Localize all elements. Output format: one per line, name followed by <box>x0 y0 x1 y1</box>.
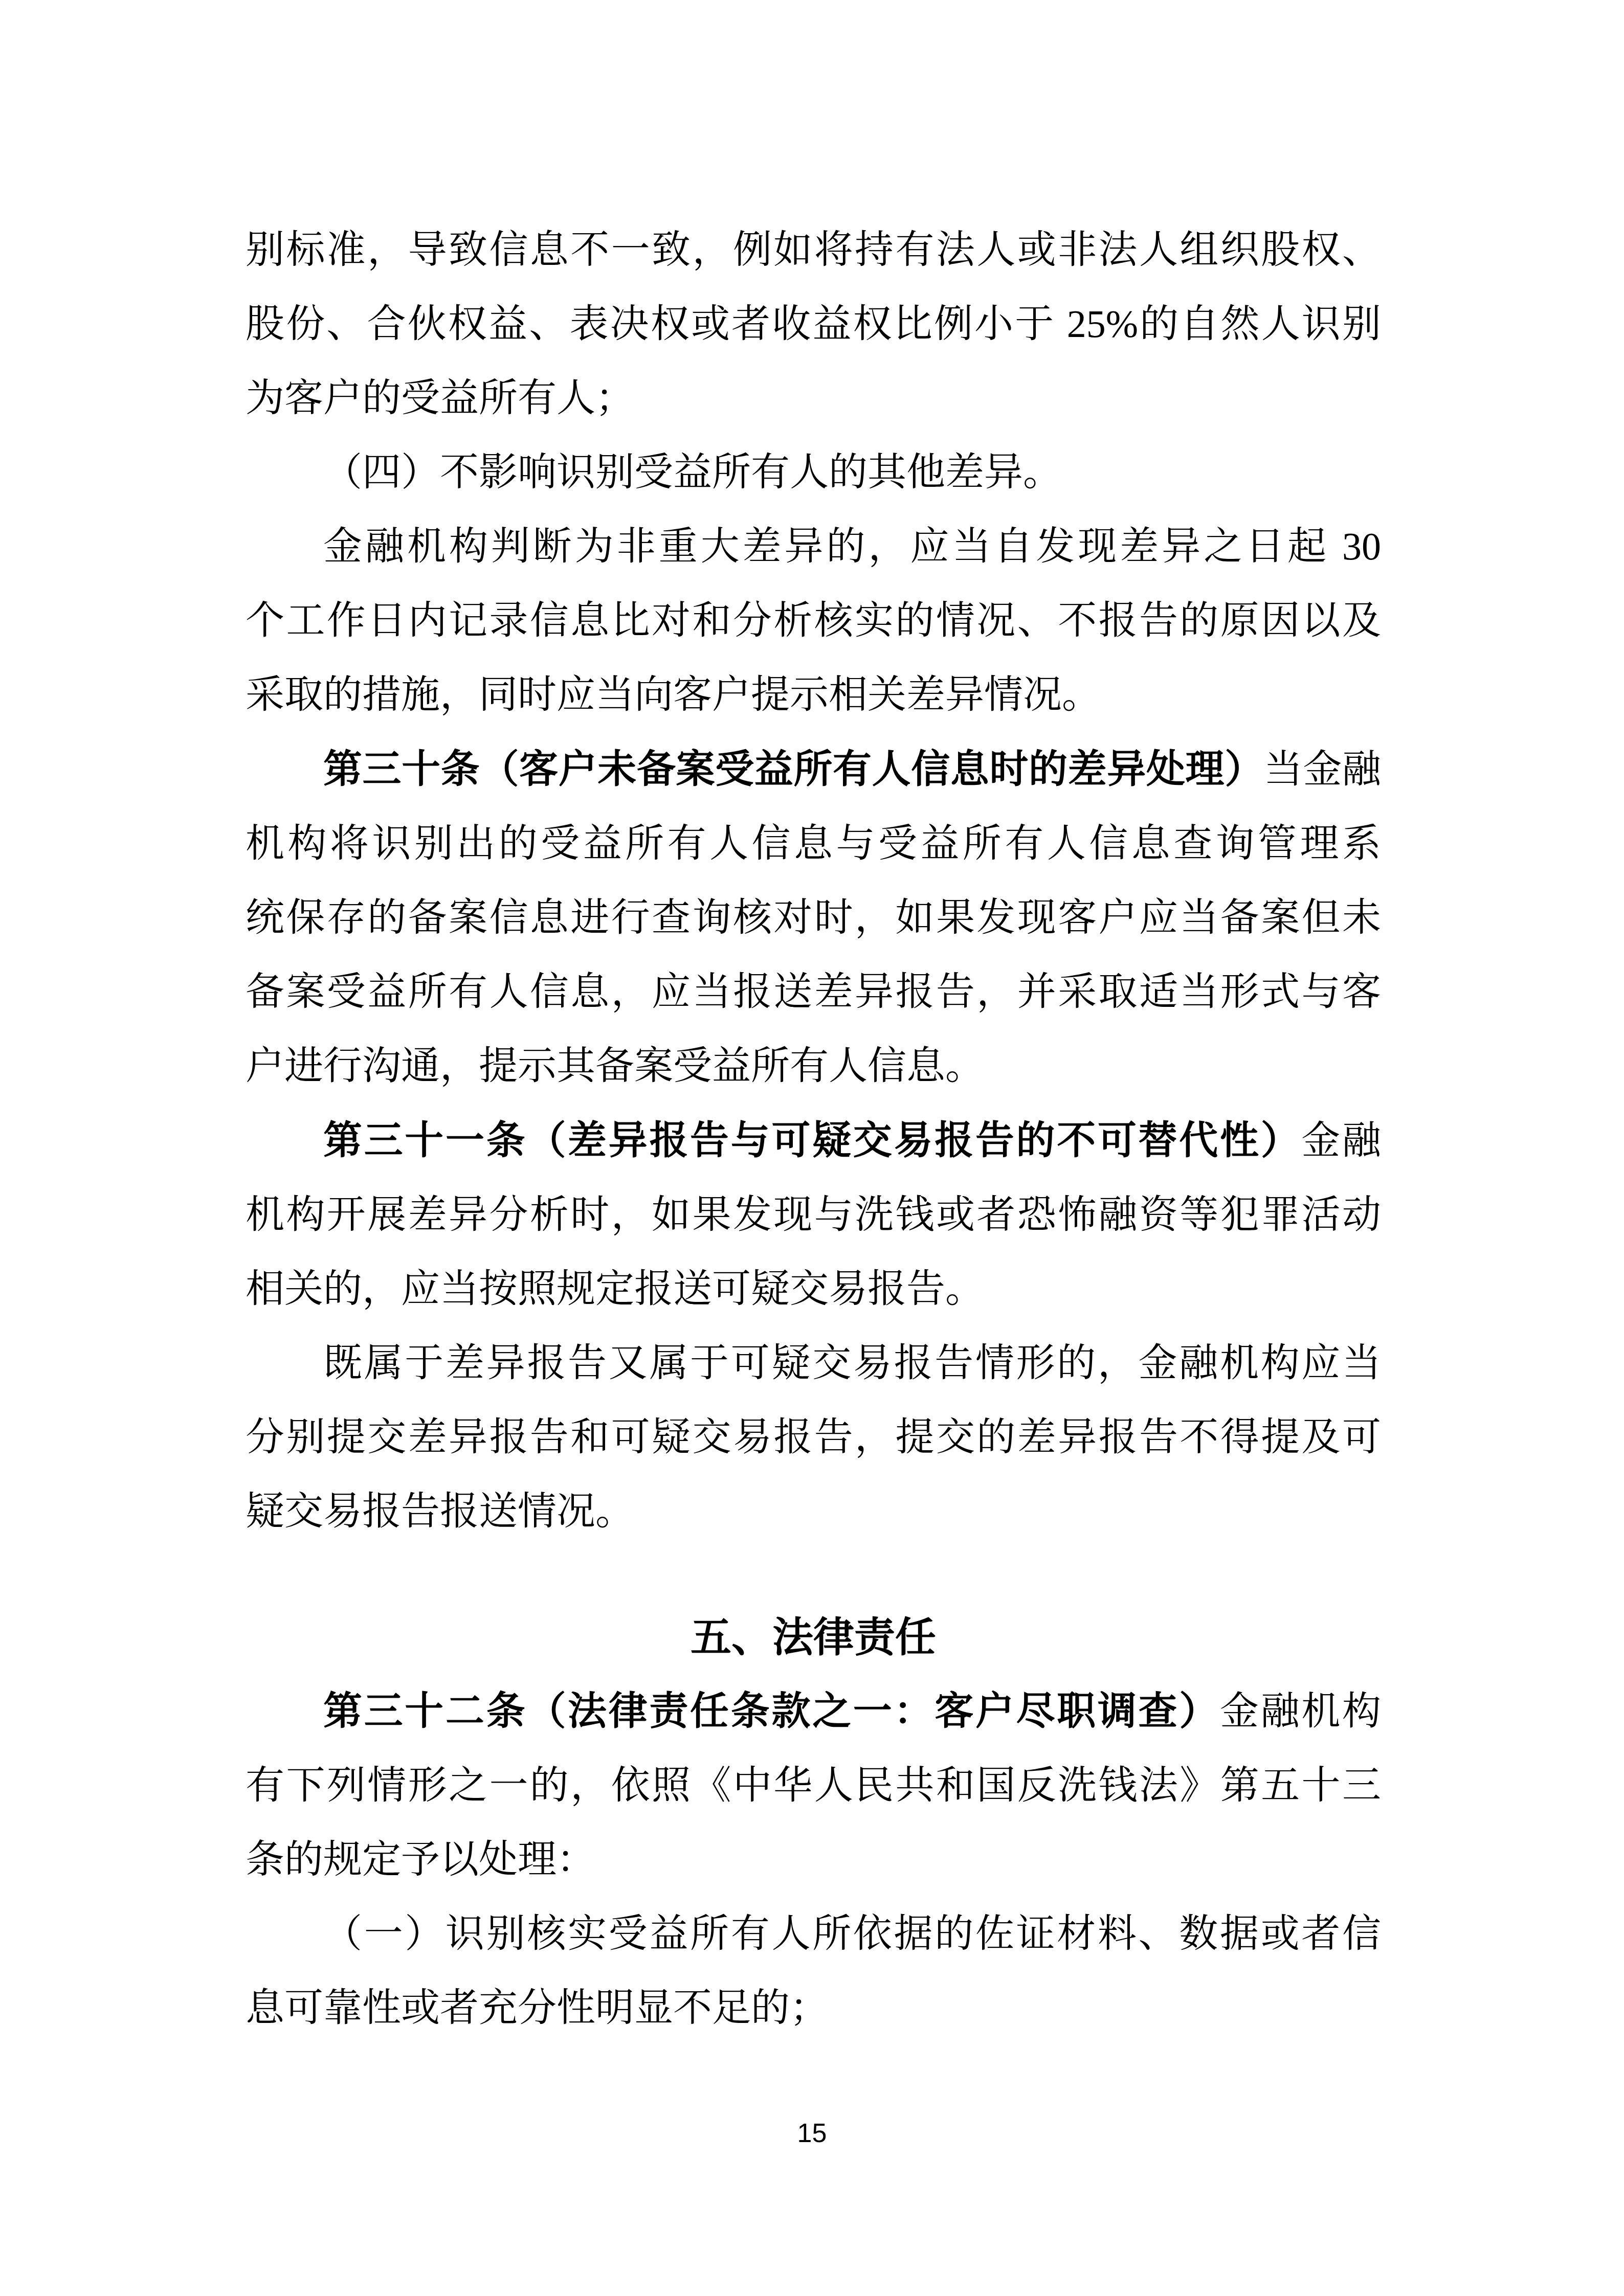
text-line: 个工作日内记录信息比对和分析核实的情况、不报告的原因以及 <box>246 584 1381 658</box>
text-line: （一）识别核实受益所有人所依据的佐证材料、数据或者信 <box>246 1897 1381 1971</box>
text-line: 统保存的备案信息进行查询核对时，如果发现客户应当备案但未 <box>246 881 1381 955</box>
text-line: 分别提交差异报告和可疑交易报告，提交的差异报告不得提及可 <box>246 1401 1381 1475</box>
line-text: 疑交易报告报送情况。 <box>246 1490 634 1533</box>
line-text: 个工作日内记录信息比对和分析核实的情况、不报告的原因以及 <box>246 599 1381 642</box>
line-text: 为客户的受益所有人； <box>246 377 634 420</box>
text-line: 有下列情形之一的，依照《中华人民共和国反洗钱法》第五十三 <box>246 1749 1381 1823</box>
line-text: 备案受益所有人信息，应当报送差异报告，并采取适当形式与客 <box>246 971 1381 1014</box>
section-heading: 五、法律责任 <box>246 1600 1381 1674</box>
text-line: 第三十一条（差异报告与可疑交易报告的不可替代性）金融 <box>246 1104 1381 1178</box>
article-number-bold: 第三十二条（法律责任条款之一：客户尽职调查） <box>323 1690 1220 1733</box>
text-line: 采取的措施，同时应当向客户提示相关差异情况。 <box>246 658 1381 732</box>
line-text: 股份、合伙权益、表决权或者收益权比例小于 25%的自然人识别 <box>246 303 1381 346</box>
text-line: 机构开展差异分析时，如果发现与洗钱或者恐怖融资等犯罪活动 <box>246 1178 1381 1252</box>
line-text: 分别提交差异报告和可疑交易报告，提交的差异报告不得提及可 <box>246 1416 1381 1459</box>
text-line: 既属于差异报告又属于可疑交易报告情形的，金融机构应当 <box>246 1326 1381 1401</box>
line-text: 当金融 <box>1264 748 1381 791</box>
blank-line <box>246 1549 1381 1600</box>
text-line: 金融机构判断为非重大差异的，应当自发现差异之日起 30 <box>246 510 1381 584</box>
line-text: 既属于差异报告又属于可疑交易报告情形的，金融机构应当 <box>323 1342 1381 1385</box>
line-text: 金融 <box>1301 1119 1381 1162</box>
text-line: 条的规定予以处理： <box>246 1823 1381 1897</box>
article-number-bold: 第三十一条（差异报告与可疑交易报告的不可替代性） <box>323 1119 1301 1162</box>
page-number: 15 <box>0 2118 1624 2149</box>
line-text: 金融机构判断为非重大差异的，应当自发现差异之日起 30 <box>323 525 1381 568</box>
text-line: 息可靠性或者充分性明显不足的； <box>246 1971 1381 2045</box>
text-line: 第三十二条（法律责任条款之一：客户尽职调查）金融机构 <box>246 1674 1381 1749</box>
text-line: 股份、合伙权益、表决权或者收益权比例小于 25%的自然人识别 <box>246 287 1381 362</box>
line-text: （一）识别核实受益所有人所依据的佐证材料、数据或者信 <box>323 1912 1381 1955</box>
line-text: 统保存的备案信息进行查询核对时，如果发现客户应当备案但未 <box>246 896 1381 939</box>
text-line: 相关的，应当按照规定报送可疑交易报告。 <box>246 1252 1381 1326</box>
line-text: 采取的措施，同时应当向客户提示相关差异情况。 <box>246 673 1101 716</box>
line-text: 机构将识别出的受益所有人信息与受益所有人信息查询管理系 <box>246 822 1381 865</box>
text-line: 机构将识别出的受益所有人信息与受益所有人信息查询管理系 <box>246 807 1381 881</box>
line-text: 有下列情形之一的，依照《中华人民共和国反洗钱法》第五十三 <box>246 1764 1381 1807</box>
line-text: 户进行沟通，提示其备案受益所有人信息。 <box>246 1045 984 1088</box>
document-page: 别标准，导致信息不一致，例如将持有法人或非法人组织股权、 股份、合伙权益、表决权… <box>0 0 1624 2296</box>
text-line: 户进行沟通，提示其备案受益所有人信息。 <box>246 1029 1381 1104</box>
article-number-bold: 第三十条（客户未备案受益所有人信息时的差异处理） <box>323 748 1264 791</box>
text-line: 别标准，导致信息不一致，例如将持有法人或非法人组织股权、 <box>246 213 1381 287</box>
text-line: 疑交易报告报送情况。 <box>246 1475 1381 1549</box>
text-line: 为客户的受益所有人； <box>246 362 1381 436</box>
line-text: 相关的，应当按照规定报送可疑交易报告。 <box>246 1268 984 1311</box>
text-line: （四）不影响识别受益所有人的其他差异。 <box>246 436 1381 510</box>
line-text: 别标准，导致信息不一致，例如将持有法人或非法人组织股权、 <box>246 229 1381 272</box>
body-text: 别标准，导致信息不一致，例如将持有法人或非法人组织股权、 股份、合伙权益、表决权… <box>246 213 1381 2045</box>
line-text: 息可靠性或者充分性明显不足的； <box>246 1987 829 2030</box>
text-line: 备案受益所有人信息，应当报送差异报告，并采取适当形式与客 <box>246 955 1381 1029</box>
line-text: 金融机构 <box>1220 1690 1381 1733</box>
line-text: 条的规定予以处理： <box>246 1838 595 1881</box>
text-line: 第三十条（客户未备案受益所有人信息时的差异处理）当金融 <box>246 732 1381 807</box>
line-text: （四）不影响识别受益所有人的其他差异。 <box>323 451 1062 494</box>
line-text: 机构开展差异分析时，如果发现与洗钱或者恐怖融资等犯罪活动 <box>246 1194 1381 1236</box>
